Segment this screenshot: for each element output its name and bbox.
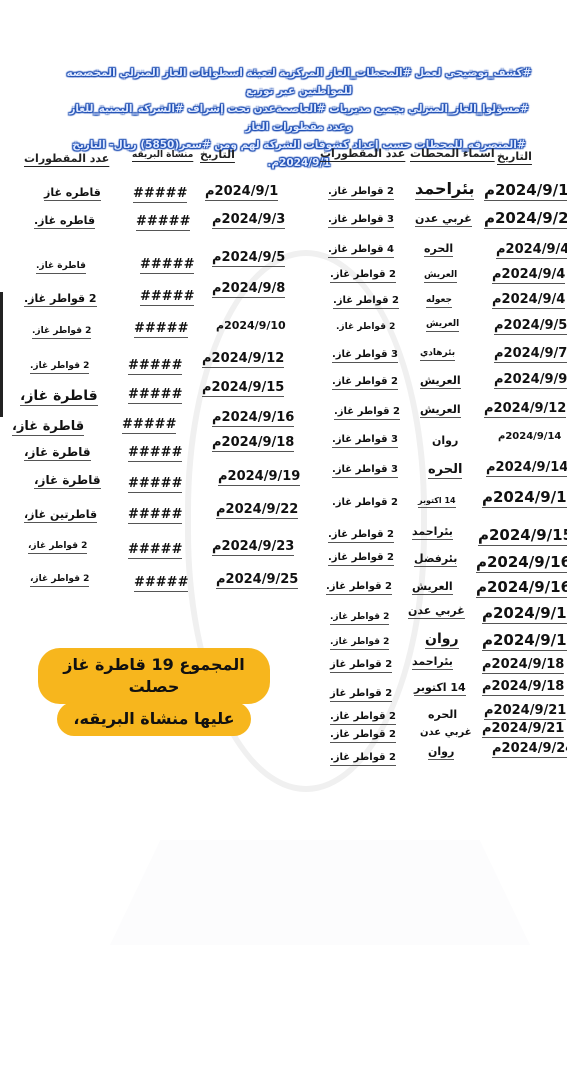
right-row-station: 14 اكتوبر bbox=[418, 497, 456, 508]
right-row-count: 2 قواطر غاز. bbox=[328, 187, 394, 200]
right-row-date: 2024/9/16م bbox=[476, 580, 567, 598]
right-row-station: روان bbox=[425, 632, 459, 649]
left-row-date: 2024/9/5م bbox=[212, 251, 285, 267]
left-row-count: قاطره غاز. bbox=[34, 215, 95, 229]
right-row-date: 2024/9/12م bbox=[484, 402, 566, 418]
right-row-date: 2024/9/2م bbox=[484, 211, 567, 229]
right-row-count: 4 قواطر غاز. bbox=[328, 245, 394, 258]
left-row-count: 2 قواطر غاز. bbox=[30, 362, 89, 374]
right-row-count: 2 قواطر غاز. bbox=[330, 712, 396, 725]
left-row-facility: ##### bbox=[122, 418, 176, 434]
left-row-date: 2024/9/8م bbox=[212, 282, 285, 298]
left-row-count: 2 قواطر غاز، bbox=[30, 575, 89, 587]
left-row-count: قاطرة غاز، bbox=[34, 474, 101, 489]
total-summary: المجموع 19 قاطرة غاز حصلت عليها منشاة ال… bbox=[38, 648, 270, 736]
right-row-date: 2024/9/18م bbox=[482, 658, 564, 674]
summary-line-2: عليها منشاة البريقه، bbox=[57, 702, 250, 736]
right-row-station: بئرهادي bbox=[420, 349, 455, 361]
left-row-date: 2024/9/10م bbox=[216, 320, 286, 333]
left-row-date: 2024/9/22م bbox=[216, 503, 298, 519]
right-row-count: 2 قواطر غاز. bbox=[330, 613, 389, 625]
right-header-station: اسماء المحطات bbox=[410, 147, 495, 160]
right-row-count: 2 قواطر غاز. bbox=[336, 323, 395, 334]
right-row-count: 2 قواطر غاز. bbox=[328, 530, 394, 543]
watermark-base bbox=[110, 840, 530, 945]
right-row-date: 2024/9/9م bbox=[494, 373, 567, 389]
right-row-count: 2 قواطر غاز. bbox=[326, 582, 392, 595]
left-row-count: 2 قواطر غاز، bbox=[28, 542, 87, 554]
left-row-date: 2024/9/19م bbox=[218, 470, 300, 486]
left-row-facility: ##### bbox=[134, 322, 188, 338]
right-row-date: 2024/9/15م bbox=[478, 528, 567, 546]
right-row-station: غربي عدن bbox=[415, 213, 472, 227]
left-row-count: قاطرة غاز. bbox=[36, 262, 86, 274]
right-row-station: الحره bbox=[428, 709, 457, 722]
right-row-station: الحره bbox=[428, 463, 462, 479]
right-row-count: 2 قواطر غاز. bbox=[330, 270, 396, 283]
right-row-count: 3 قواطر غاز. bbox=[332, 435, 398, 448]
right-row-date: 2024/9/7م bbox=[494, 347, 567, 363]
left-row-count: قاطره غاز bbox=[44, 187, 101, 201]
right-row-station: بئراحمد bbox=[415, 181, 474, 200]
right-row-count: 2 قواطر غاز. bbox=[330, 638, 389, 650]
right-row-station: جعوله bbox=[426, 296, 452, 308]
left-row-facility: ##### bbox=[140, 290, 194, 306]
left-row-facility: ##### bbox=[128, 508, 182, 524]
right-row-station: روان bbox=[432, 435, 458, 448]
left-row-count: 2 قواطر غاز. bbox=[32, 327, 91, 339]
right-row-station: العريش bbox=[420, 375, 461, 389]
left-row-count: قاطرتين غاز، bbox=[24, 509, 97, 523]
left-row-count: قاطرة غاز، bbox=[20, 389, 98, 406]
right-row-station: روان bbox=[428, 746, 454, 760]
left-row-date: 2024/9/16م bbox=[212, 411, 294, 427]
right-row-date: 2024/9/1م bbox=[484, 183, 567, 201]
right-row-count: 3 قواطر غاز. bbox=[332, 465, 398, 478]
right-row-station: بئراحمد bbox=[412, 526, 453, 540]
right-row-date: 2024/9/17م bbox=[482, 633, 567, 651]
right-row-station: بئرفضل bbox=[414, 553, 457, 567]
right-row-date: 2024/9/18م bbox=[482, 680, 564, 696]
right-row-count: 2 قواطر غاز bbox=[330, 660, 392, 673]
right-row-station: العريش bbox=[412, 581, 453, 595]
left-row-facility: ##### bbox=[128, 446, 182, 462]
right-row-count: 2 قواطر غاز. bbox=[330, 730, 396, 743]
right-row-date: 2024/9/17م bbox=[482, 606, 567, 624]
right-row-station: العريش bbox=[420, 404, 461, 418]
header-line: #كشف_توضيحي لعمل #المحطات_الغاز المركزية… bbox=[64, 64, 534, 100]
left-row-date: 2024/9/15م bbox=[202, 381, 284, 397]
right-row-date: 2024/9/4م bbox=[492, 268, 565, 284]
left-row-date: 2024/9/25م bbox=[216, 573, 298, 589]
right-row-count: 3 قواطر غاز. bbox=[328, 215, 394, 228]
right-row-station: غربي عدن bbox=[420, 728, 472, 740]
left-row-count: قاطرة غاز، bbox=[12, 420, 84, 436]
right-row-station: غربي عدن bbox=[408, 605, 465, 619]
left-header-date: التاريخ bbox=[200, 148, 235, 161]
right-row-station: العريش bbox=[426, 320, 459, 332]
right-row-station: العريش bbox=[424, 271, 457, 283]
right-row-date: 2024/9/15م bbox=[482, 490, 567, 508]
left-row-facility: ##### bbox=[128, 477, 182, 493]
right-row-station: 14 اكتوبر bbox=[414, 682, 466, 696]
left-row-facility: ##### bbox=[128, 543, 182, 559]
summary-line-1: المجموع 19 قاطرة غاز حصلت bbox=[38, 648, 270, 704]
right-row-count: 2 قواطر غاز. bbox=[328, 553, 394, 566]
left-row-date: 2024/9/3م bbox=[212, 213, 285, 229]
right-header-count: عدد المقطورات bbox=[320, 147, 405, 160]
right-row-count: 2 قواطر غاز. bbox=[330, 753, 396, 766]
right-row-count: 2 قواطر غاز. bbox=[333, 296, 399, 309]
right-header-date: التاريخ bbox=[497, 150, 532, 163]
left-row-count: 2 قواطر غاز. bbox=[24, 293, 97, 307]
left-row-facility: ##### bbox=[140, 258, 194, 274]
left-header-count: عدد المقطورات bbox=[24, 152, 109, 165]
right-row-date: 2024/9/4م bbox=[492, 293, 565, 309]
left-row-date: 2024/9/23م bbox=[212, 540, 294, 556]
right-row-date: 2024/9/4م bbox=[496, 243, 567, 259]
edge-bar bbox=[0, 292, 3, 417]
left-row-date: 2024/9/18م bbox=[212, 436, 294, 452]
right-row-count: 2 قواطر غاز. bbox=[332, 498, 398, 510]
right-row-date: 2024/9/21م bbox=[482, 722, 564, 738]
right-row-date: 2024/9/14م bbox=[498, 432, 561, 444]
right-row-count: 2 قواطر غاز. bbox=[334, 407, 400, 420]
header-line: #مسؤلوا_الغاز_المنزلي بجميع مديريات #الع… bbox=[64, 100, 534, 136]
left-row-count: قاطرة غاز، bbox=[24, 446, 91, 461]
left-row-facility: ##### bbox=[134, 576, 188, 592]
left-row-facility: ##### bbox=[128, 359, 182, 375]
left-row-date: 2024/9/12م bbox=[202, 352, 284, 368]
right-row-date: 2024/9/24م bbox=[492, 742, 567, 758]
right-row-station: بئراحمد bbox=[412, 656, 453, 670]
right-row-count: 2 قواطر غاز. bbox=[332, 377, 398, 390]
right-row-date: 2024/9/5م bbox=[494, 319, 567, 335]
right-row-date: 2024/9/14م bbox=[486, 461, 567, 477]
right-row-date: 2024/9/16م bbox=[476, 555, 567, 573]
left-header-facility: منشاة البريقه bbox=[132, 150, 193, 160]
left-row-facility: ##### bbox=[136, 215, 190, 231]
right-row-station: الحره bbox=[424, 243, 453, 257]
right-row-count: 2 قواطر غاز bbox=[330, 689, 392, 702]
right-row-date: 2024/9/21م bbox=[484, 704, 566, 720]
right-row-count: 3 قواطر غاز. bbox=[332, 350, 398, 363]
left-row-facility: ##### bbox=[128, 388, 182, 404]
left-row-date: 2024/9/1م bbox=[205, 185, 278, 201]
left-row-facility: ##### bbox=[133, 187, 187, 203]
